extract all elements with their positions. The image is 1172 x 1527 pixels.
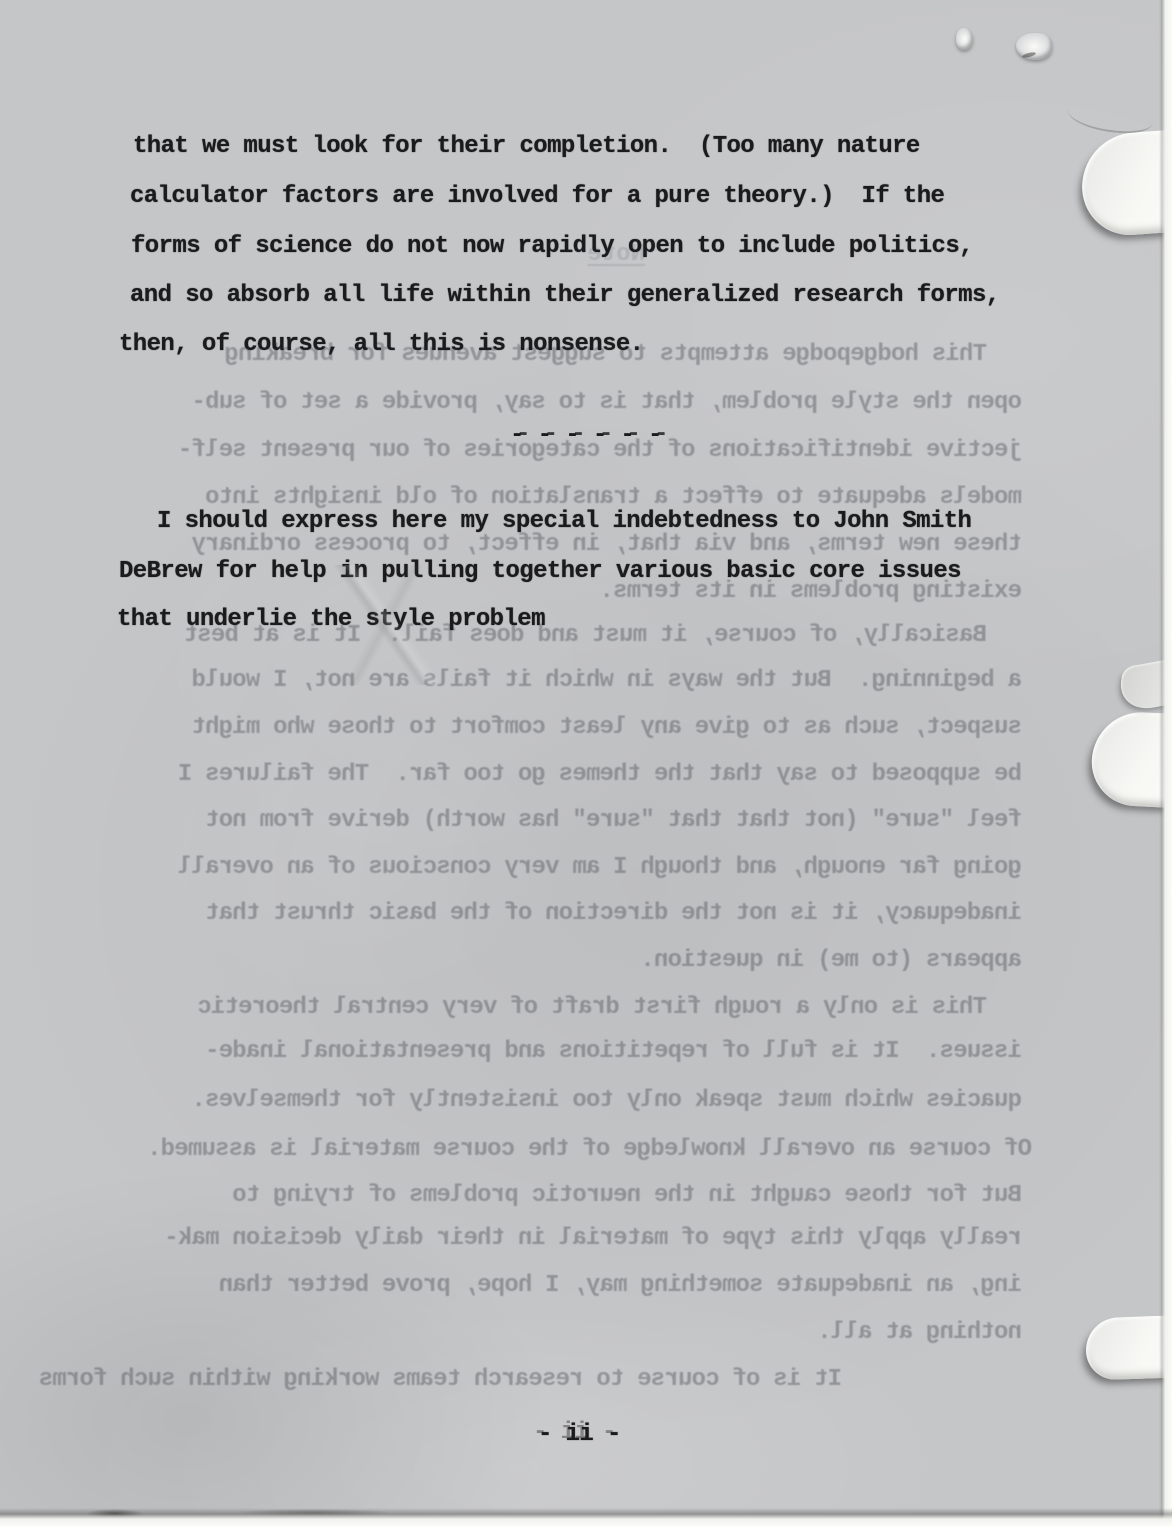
bleed-line: quacies which must speak only too insist…	[192, 1089, 1022, 1113]
scanned-typewritten-page: Note This hodgepodge attempts to suggest…	[0, 0, 1172, 1527]
section-separator: - - - - - -	[510, 424, 662, 448]
bleed-line: models adequate to effect a translation …	[206, 486, 1022, 510]
bleed-line: But for those caught in the neurotic pro…	[233, 1184, 1022, 1208]
body-line: then, of course, all this is nonsense.	[119, 333, 644, 357]
scan-edge-bottom	[0, 1508, 1172, 1527]
bleed-line: issues. It is full of repetitions and pr…	[206, 1040, 1022, 1064]
bleed-line: It is of course to research teams workin…	[39, 1368, 842, 1392]
bleed-through-layer: Note This hodgepodge attempts to suggest…	[0, 0, 1172, 1527]
paper-speck	[956, 28, 973, 50]
bleed-line: inadequacy, it is not the direction of t…	[206, 902, 1022, 926]
bleed-line: feel "sure" (not that that "sure" has wo…	[206, 809, 1022, 833]
body-line: I should express here my special indebte…	[157, 510, 971, 534]
bleed-line: This is only a rough first draft of very…	[198, 996, 987, 1020]
bleed-line: going far enough, and though I am very c…	[179, 856, 1022, 880]
body-line: and so absorb all life within their gene…	[130, 284, 1000, 308]
bleed-line: these new terms, and via that, in effect…	[192, 533, 1022, 557]
paper-speck	[1016, 33, 1052, 60]
bleed-line: nothing at all.	[818, 1321, 1022, 1345]
body-line: calculator factors are involved for a pu…	[130, 185, 944, 209]
body-line: that we must look for their completion. …	[133, 135, 920, 159]
bleed-line: open the style problem, that is to say, …	[192, 391, 1022, 415]
body-line: DeBrew for help in pulling together vari…	[119, 560, 961, 584]
bleed-line: ing, an inadequate something may, I hope…	[219, 1274, 1022, 1298]
bleed-line: appears (to me) in question.	[641, 949, 1022, 973]
bleed-line: be supposed to say that the themes go to…	[179, 763, 1022, 787]
bleed-line: suspect, such as to give any least comfo…	[192, 716, 1022, 740]
page-number: - ii -	[538, 1423, 621, 1447]
body-line: that underlie the style problem	[117, 608, 545, 632]
bleed-line: really apply this type of material in th…	[165, 1227, 1022, 1251]
body-line: forms of science do not now rapidly open…	[131, 235, 973, 259]
bleed-line: Of course an overall knowledge of the co…	[148, 1138, 1032, 1162]
bleed-line: a beginning. But the ways in which it fa…	[192, 669, 1022, 693]
scan-edge-right	[1159, 0, 1172, 1527]
